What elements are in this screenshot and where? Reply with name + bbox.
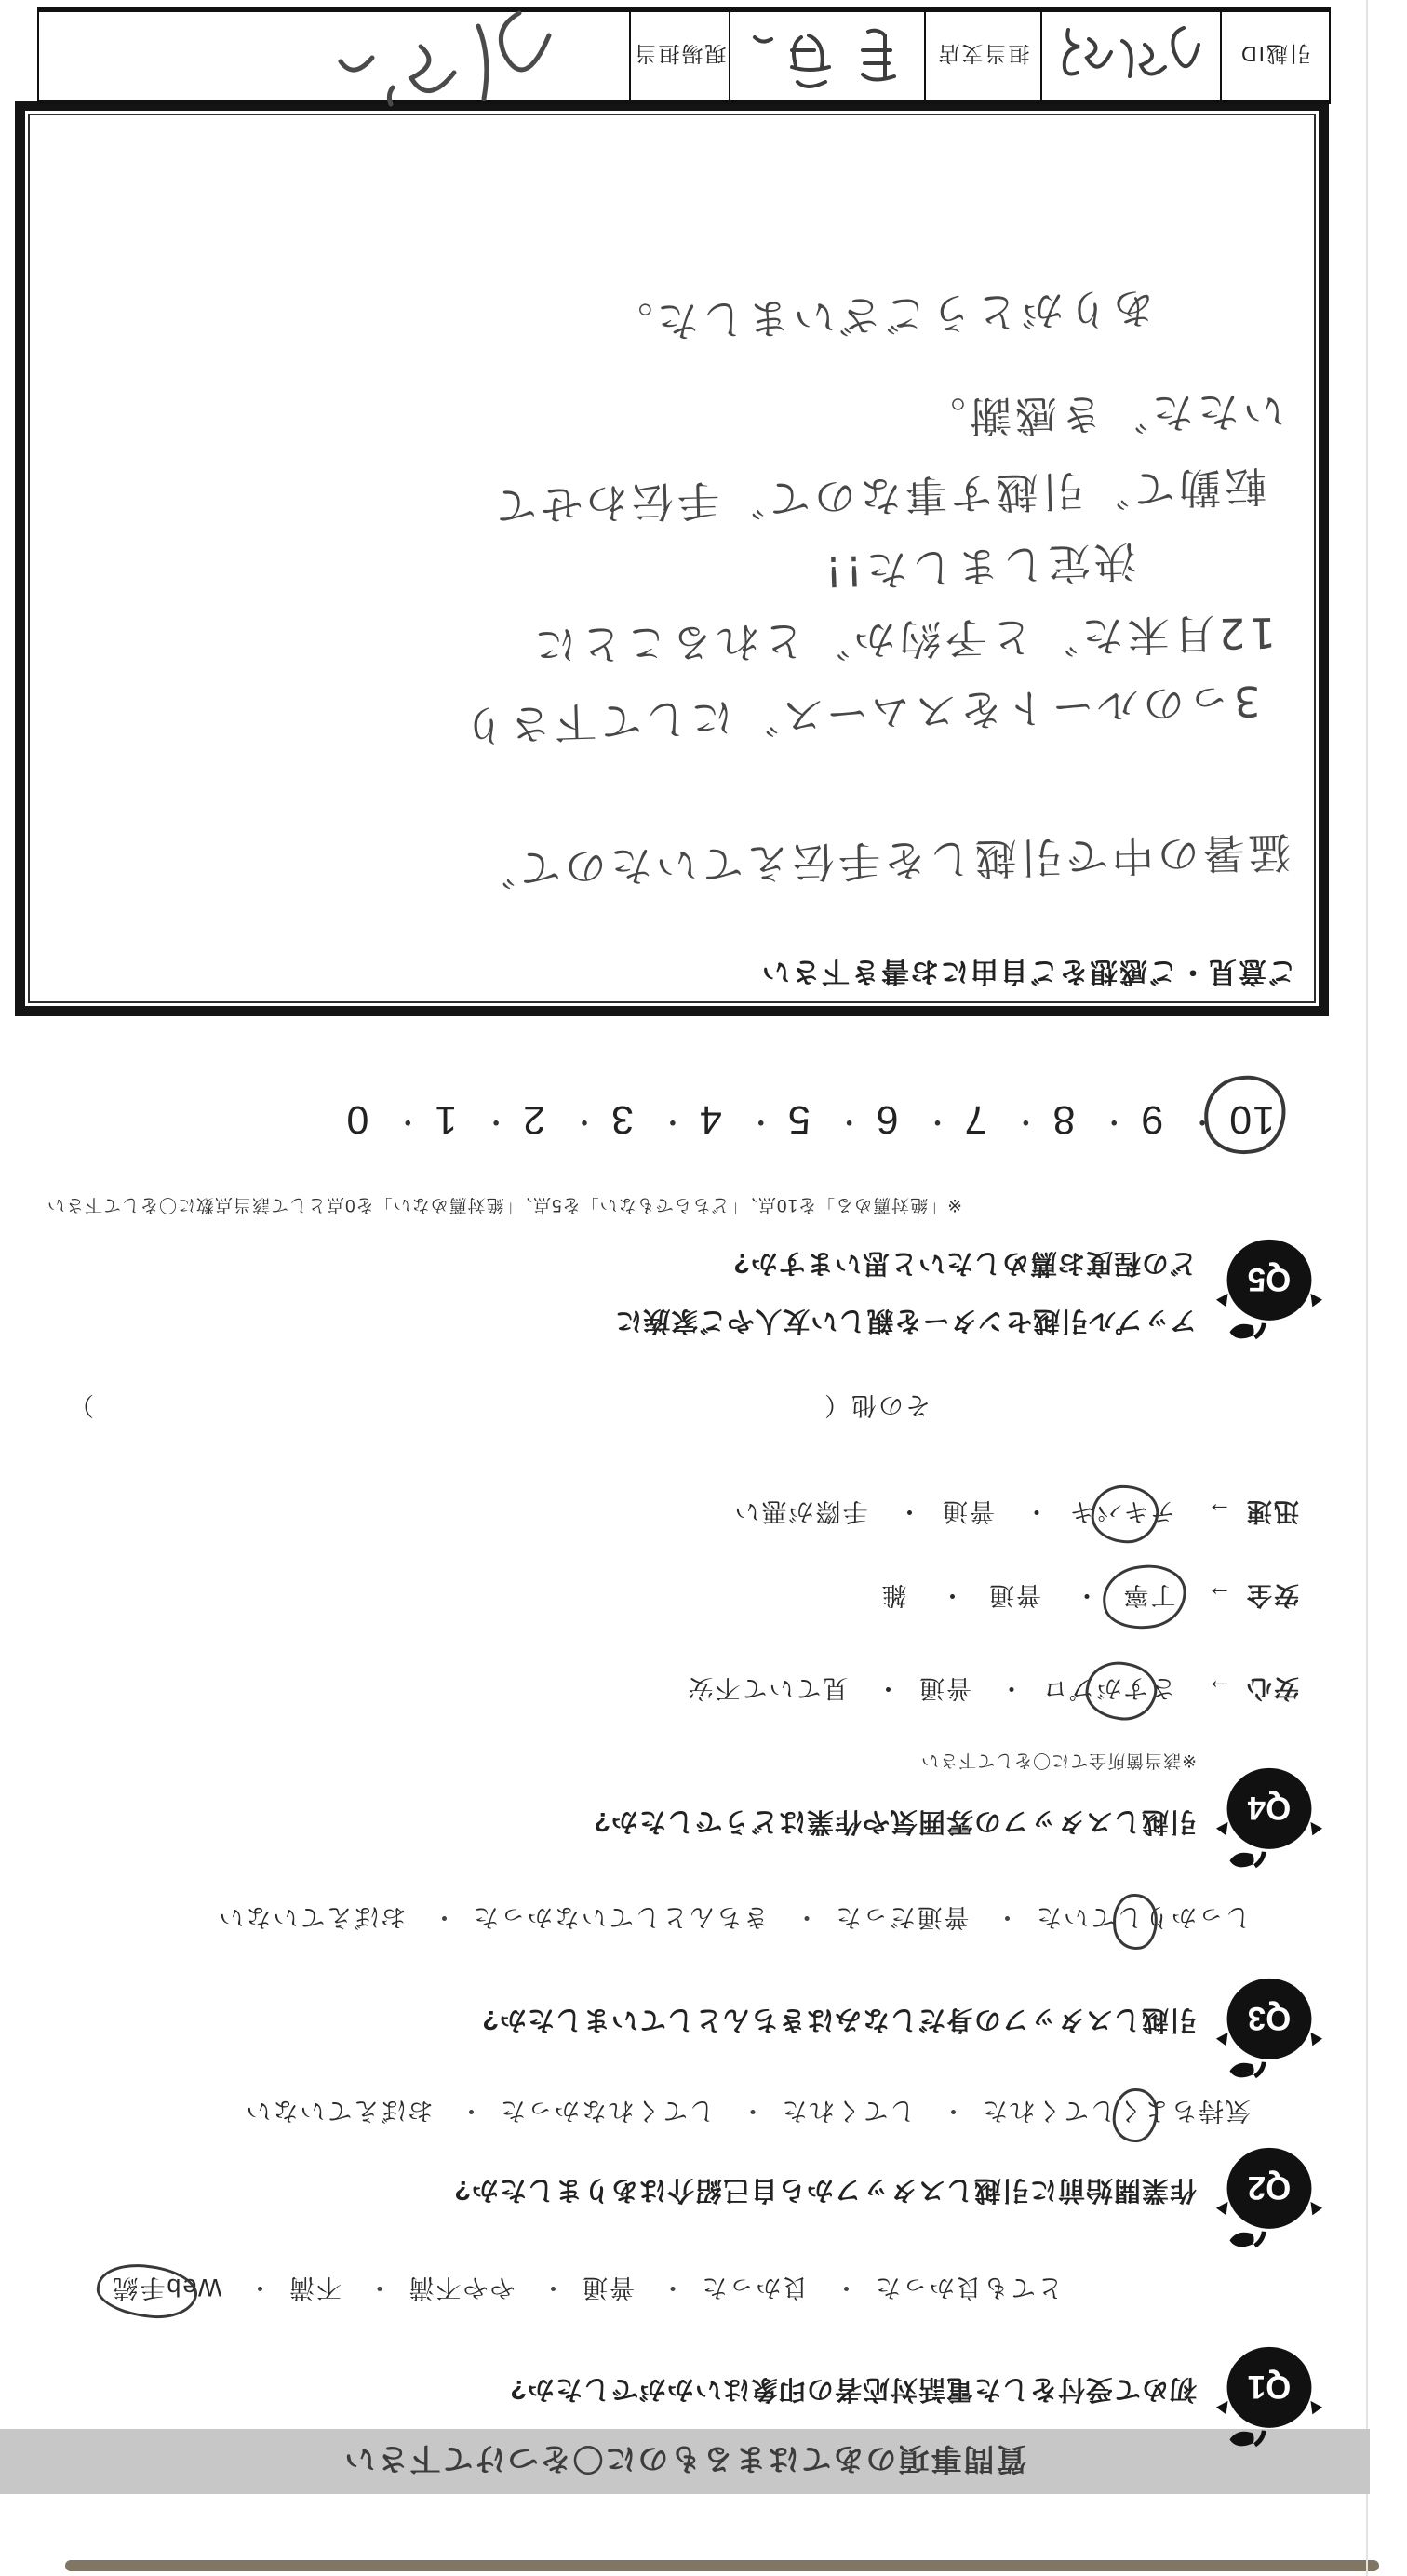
q4-other-field: その他（ ） [67, 1389, 931, 1426]
q4-row-label: 迅速 [1245, 1497, 1299, 1525]
q3-option: おぼえていない [217, 1901, 406, 1938]
q5-score: 5 [787, 1096, 811, 1142]
handwritten-kanji-scribble [744, 17, 911, 95]
svg-text:Q3: Q3 [1248, 2000, 1291, 2036]
comment-box: ご意見・ご感想をご自由にお書き下さい 猛暑の中で引越しを手伝えていたのて゛ 3っ… [15, 101, 1329, 1016]
q4-note: ※該当箇所全てに〇をして下さい [920, 1750, 1197, 1775]
q3-options: しっかりしていた・ 普通だった・ きちんとしていなかった・ おぼえていない [217, 1901, 1251, 1938]
moving-id-value-cell [1042, 12, 1222, 100]
option-separator: ・ [997, 1674, 1024, 1702]
q3-option: 普通だった [834, 1901, 969, 1938]
branch-label: 担当支店 [937, 41, 1030, 72]
q5-question-line1: アップル引越センターを親しい友人やご家族に [614, 1304, 1197, 1342]
option-separator: ・ [1022, 1497, 1049, 1525]
q1-option: 普通 [581, 2272, 635, 2308]
q4-option: 普通 [918, 1672, 971, 1709]
svg-text:Q2: Q2 [1248, 2169, 1291, 2206]
q4-option: 普通 [987, 1579, 1041, 1616]
scale-separator: ・ [481, 1106, 510, 1136]
q4-option: 普通 [941, 1496, 995, 1532]
scale-separator: ・ [1099, 1106, 1128, 1136]
instruction-banner: 質問事項のあてはまるものに〇をつけて下さい [0, 2429, 1370, 2494]
arrow-icon: → [1205, 1674, 1232, 1702]
q1-option: やや不満 [407, 2272, 515, 2308]
q1-question: 初めて受付をした電話対応者の印象はいかがでしたか? [509, 2372, 1197, 2410]
scale-separator: ・ [393, 1106, 422, 1136]
option-separator: ・ [539, 2274, 566, 2301]
scale-separator: ・ [746, 1106, 775, 1136]
branch-value-cell [730, 12, 926, 100]
svg-text:Q5: Q5 [1248, 1261, 1291, 1297]
option-separator: ・ [939, 2097, 966, 2125]
q5-score-selected: 10 [1228, 1096, 1275, 1142]
option-separator: ・ [1072, 1581, 1099, 1609]
q2-options: 気持ちよくしてくれた・ してくれた・ してくれなかった・ おぼえていない [244, 2095, 1251, 2131]
scale-separator: ・ [1187, 1106, 1216, 1136]
q4-question: 引越しスタッフの雰囲気や作業はどうでしたか? [593, 1805, 1197, 1843]
option-separator: ・ [246, 2274, 273, 2301]
q3-question: 引越しスタッフの身だしなみはきちんとしていましたか? [481, 2003, 1197, 2041]
branch-label-cell: 担当支店 [926, 12, 1042, 100]
q2-option: おぼえていない [244, 2095, 433, 2131]
arrow-icon: → [1205, 1497, 1232, 1525]
q5-question-line2: どの程度お薦めしたいと思いますか? [732, 1246, 1197, 1284]
option-separator: ・ [874, 1674, 901, 1702]
q4-option-selected: 丁寧 [1121, 1579, 1175, 1616]
q5-score: 8 [1052, 1096, 1075, 1142]
scale-separator: ・ [1011, 1106, 1039, 1136]
q1-option-selected: Web手続 [111, 2272, 221, 2308]
q5-score: 2 [522, 1096, 545, 1142]
option-separator: ・ [792, 1903, 819, 1931]
q1-option: 不満 [288, 2272, 342, 2308]
option-separator: ・ [430, 1903, 457, 1931]
option-separator: ・ [993, 1903, 1020, 1931]
q3-option-selected: しっかりしていた [1035, 1901, 1251, 1938]
paper-edge-shadow [65, 2560, 1379, 2571]
scale-separator: ・ [923, 1106, 952, 1136]
moving-id-label: 引越ID [1239, 41, 1311, 72]
q4-option-selected: さすがプロ [1040, 1672, 1175, 1709]
paper-edge-line [1366, 0, 1368, 2576]
q2-option: してくれた [780, 2095, 915, 2131]
q5-score: 1 [434, 1096, 457, 1142]
q3-badge-apple-icon: Q3 [1215, 1973, 1323, 2083]
q5-score: 9 [1140, 1096, 1163, 1142]
option-separator: ・ [832, 2274, 859, 2301]
q4-option: 雑 [879, 1579, 906, 1616]
svg-text:Q4: Q4 [1247, 1790, 1291, 1826]
q4-row-jinsoku: 迅速→ テキパキ・ 普通・ 手際が悪い [732, 1496, 1299, 1532]
q4-row-anshin: 安心→ さすがプロ・ 普通・ 見ていて不安 [686, 1672, 1299, 1709]
option-separator: ・ [738, 2097, 765, 2125]
handwritten-signature-scribble [182, 11, 573, 114]
q4-option-selected: テキパキ [1067, 1496, 1175, 1532]
q1-badge-apple-icon: Q1 [1215, 2341, 1323, 2451]
q1-option: とても良かった [874, 2272, 1063, 2308]
q5-score-scale: 10・ 9・ 8・ 7・ 6・ 5・ 4・ 3・ 2・ 1・ 0 [74, 1096, 1275, 1145]
option-separator: ・ [658, 2274, 685, 2301]
scale-separator: ・ [569, 1106, 598, 1136]
q5-score: 3 [610, 1096, 634, 1142]
scale-separator: ・ [658, 1106, 687, 1136]
q3-option: きちんとしていなかった [472, 1901, 769, 1938]
option-separator: ・ [365, 2274, 392, 2301]
arrow-icon: → [1205, 1581, 1232, 1609]
site-staff-label-cell: 現場担当 [631, 12, 730, 100]
staff-info-table: 引越ID 担当支店 [37, 7, 1331, 104]
q5-score: 0 [345, 1096, 368, 1142]
scanned-survey-page: 質問事項のあてはまるものに〇をつけて下さい Q1 初めて受付をした電話対応者の印… [0, 0, 1407, 2576]
svg-text:Q1: Q1 [1248, 2368, 1291, 2405]
q1-options: とても良かった・ 良かった・ 普通・ やや不満・ 不満・ Web手続 [111, 2272, 1063, 2308]
site-staff-label: 現場担当 [634, 41, 727, 72]
q4-option: 見ていて不安 [686, 1672, 848, 1709]
q4-row-label: 安全 [1245, 1581, 1299, 1609]
option-separator: ・ [938, 1581, 965, 1609]
q4-other-label: その他（ [823, 1389, 931, 1426]
moving-id-label-cell: 引越ID [1222, 12, 1331, 100]
q5-score: 4 [699, 1096, 722, 1142]
option-separator: ・ [895, 1497, 922, 1525]
site-staff-signature-cell [37, 12, 631, 100]
handwritten-number-scribble [1052, 19, 1211, 93]
q4-option: 手際が悪い [732, 1496, 867, 1532]
q4-row-anzen: 安全→ 丁寧・ 普通・ 雑 [879, 1579, 1299, 1616]
q4-badge-apple-icon: Q4 [1215, 1763, 1323, 1872]
q2-badge-apple-icon: Q2 [1215, 2142, 1323, 2252]
instruction-text: 質問事項のあてはまるものに〇をつけて下さい [343, 2440, 1027, 2484]
q5-badge-apple-icon: Q5 [1215, 1234, 1323, 1344]
comment-box-header: ご意見・ご感想をご自由にお書き下さい [760, 954, 1296, 995]
q2-question: 作業開始前に引越しスタッフから自己紹介はありましたか? [453, 2173, 1197, 2211]
q5-score: 7 [964, 1096, 987, 1142]
q4-row-label: 安心 [1245, 1674, 1299, 1702]
survey-sheet-rotated-180: 質問事項のあてはまるものに〇をつけて下さい Q1 初めて受付をした電話対応者の印… [0, 0, 1407, 2576]
q5-score: 6 [876, 1096, 899, 1142]
option-separator: ・ [457, 2097, 484, 2125]
q4-other-close-paren: ） [67, 1389, 94, 1426]
handwritten-line: 決定しました!! [821, 534, 1137, 606]
handwritten-line: いたた゛き感謝。 [919, 384, 1285, 451]
q5-note: ※「絶対薦める」を10点、「どちらでもない」を5点、「絶対薦めない」を0点として… [47, 1194, 962, 1219]
q1-option: 良かった [700, 2272, 808, 2308]
scale-separator: ・ [835, 1106, 864, 1136]
q2-option: してくれなかった [499, 2095, 715, 2131]
q2-option-selected: 気持ちよくしてくれた [981, 2095, 1251, 2131]
